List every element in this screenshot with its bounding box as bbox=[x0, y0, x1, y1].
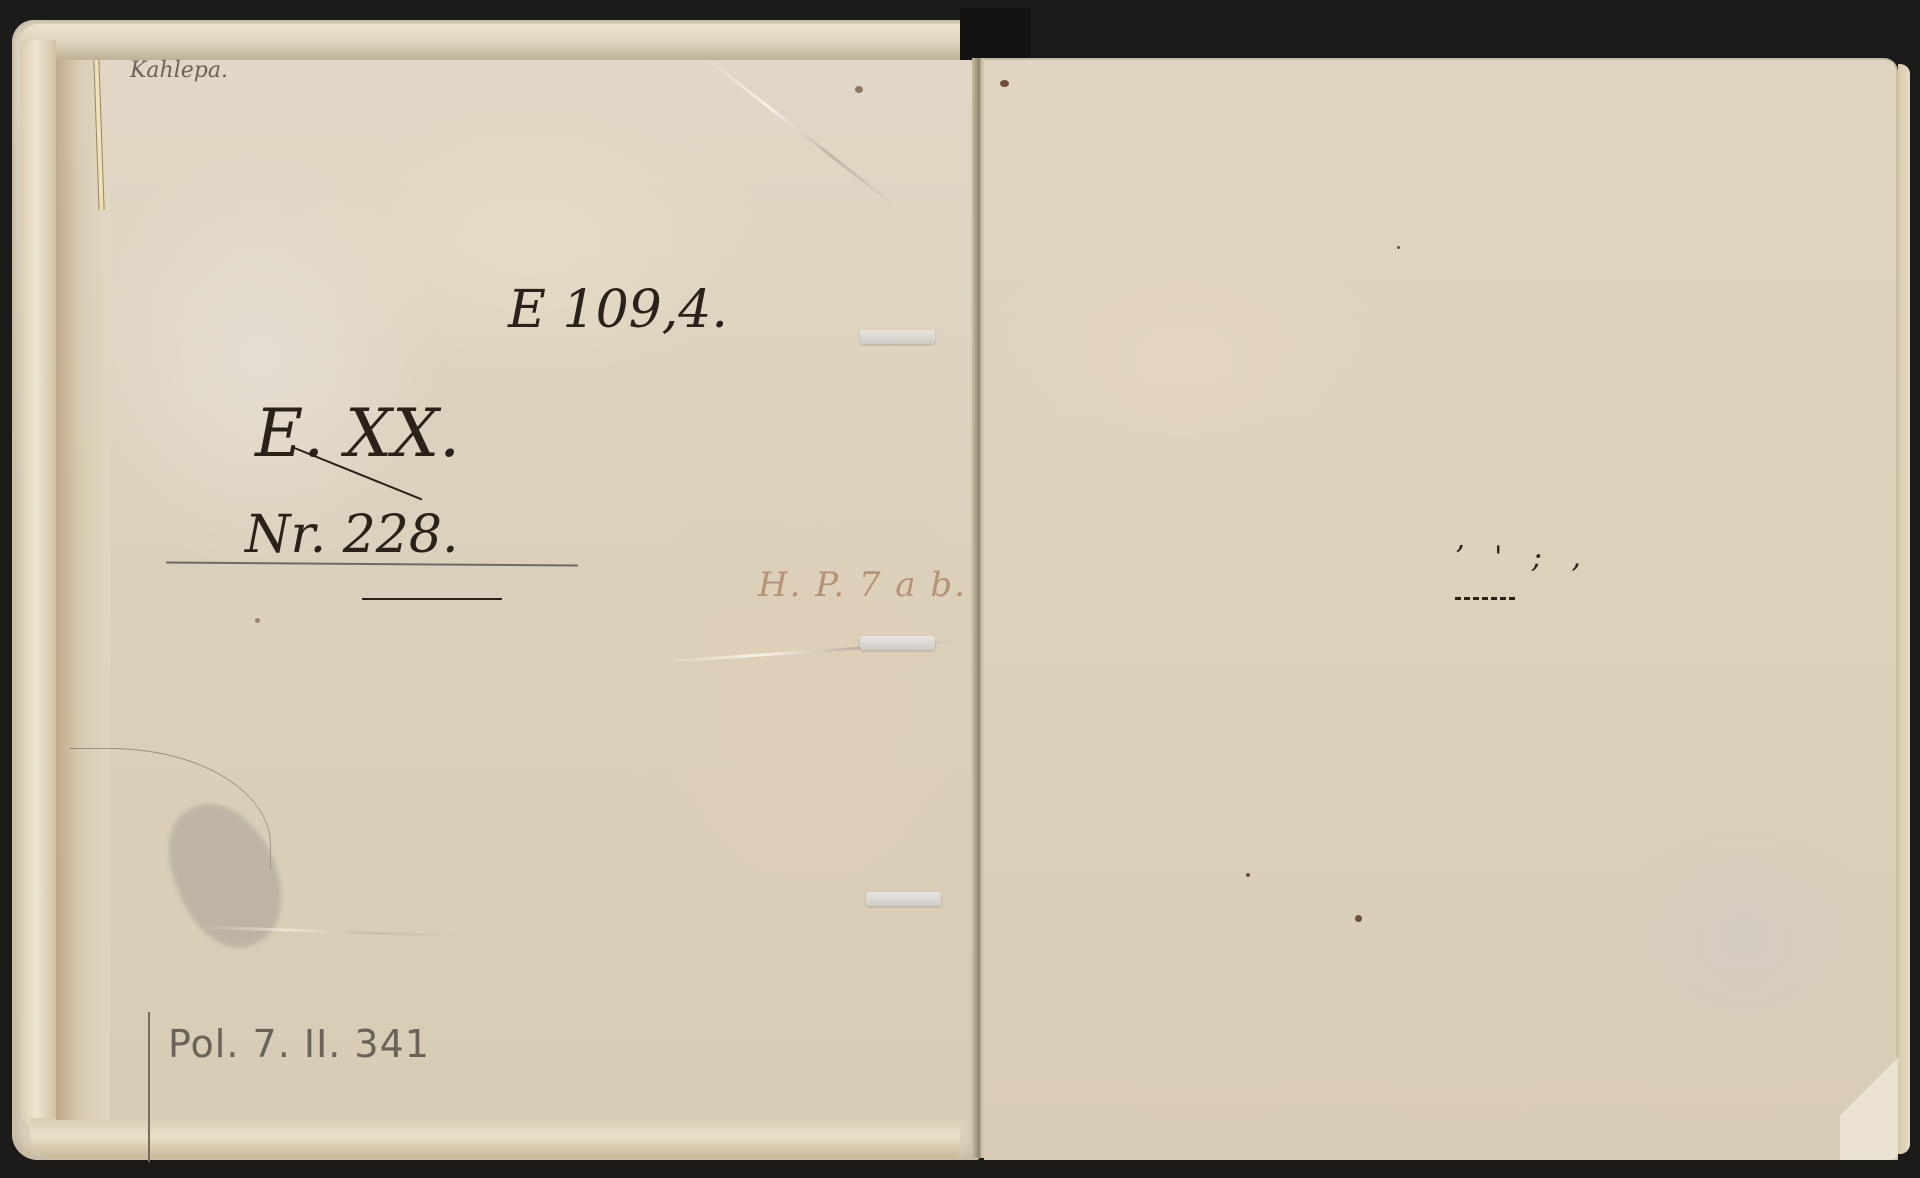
old-shelfmark-struck: XX. bbox=[345, 395, 460, 472]
page-fore-edge bbox=[1898, 64, 1910, 1154]
book-photograph: Kahlepa. E 109,4. E. XX. Nr. 228. H. P. … bbox=[0, 0, 1920, 1178]
vellum-turn-in-left bbox=[20, 40, 56, 1130]
flyleaf-page bbox=[984, 58, 1898, 1160]
faded-stamp: H. P. 7 a b. bbox=[758, 565, 967, 605]
pencil-shelfmark-bottom: Pol. 7. II. 341 bbox=[168, 1022, 430, 1066]
old-shelfmark-letter: E. XX. bbox=[255, 395, 460, 472]
hinge-strip bbox=[56, 60, 116, 1120]
dashed-ink-marks bbox=[1455, 597, 1515, 600]
foxing-spot bbox=[1355, 915, 1362, 922]
spine-gap bbox=[960, 8, 1030, 60]
foxing-spot bbox=[855, 86, 863, 93]
binding-tape bbox=[866, 892, 941, 906]
foxing-spot bbox=[255, 618, 260, 623]
binding-tape bbox=[860, 636, 935, 650]
foxing-spot bbox=[1397, 246, 1400, 249]
pencil-note-kahlepa: Kahlepa. bbox=[130, 58, 228, 83]
binding-tape bbox=[860, 330, 935, 344]
old-shelfmark-letter-text: E. bbox=[255, 395, 324, 472]
foxing-spot bbox=[1000, 80, 1009, 87]
shelfmark-current: E 109,4. bbox=[508, 280, 728, 340]
foxing-spot bbox=[1246, 873, 1250, 877]
vellum-turn-in-top bbox=[20, 24, 970, 60]
vellum-turn-in-bottom bbox=[30, 1118, 960, 1158]
faint-ink-marks: ’ ' ; , bbox=[1455, 540, 1591, 575]
ink-underline bbox=[362, 598, 502, 600]
old-number-struck: Nr. 228. bbox=[245, 505, 458, 565]
pencil-margin-line bbox=[148, 1012, 150, 1162]
folded-corner bbox=[1840, 1030, 1898, 1160]
